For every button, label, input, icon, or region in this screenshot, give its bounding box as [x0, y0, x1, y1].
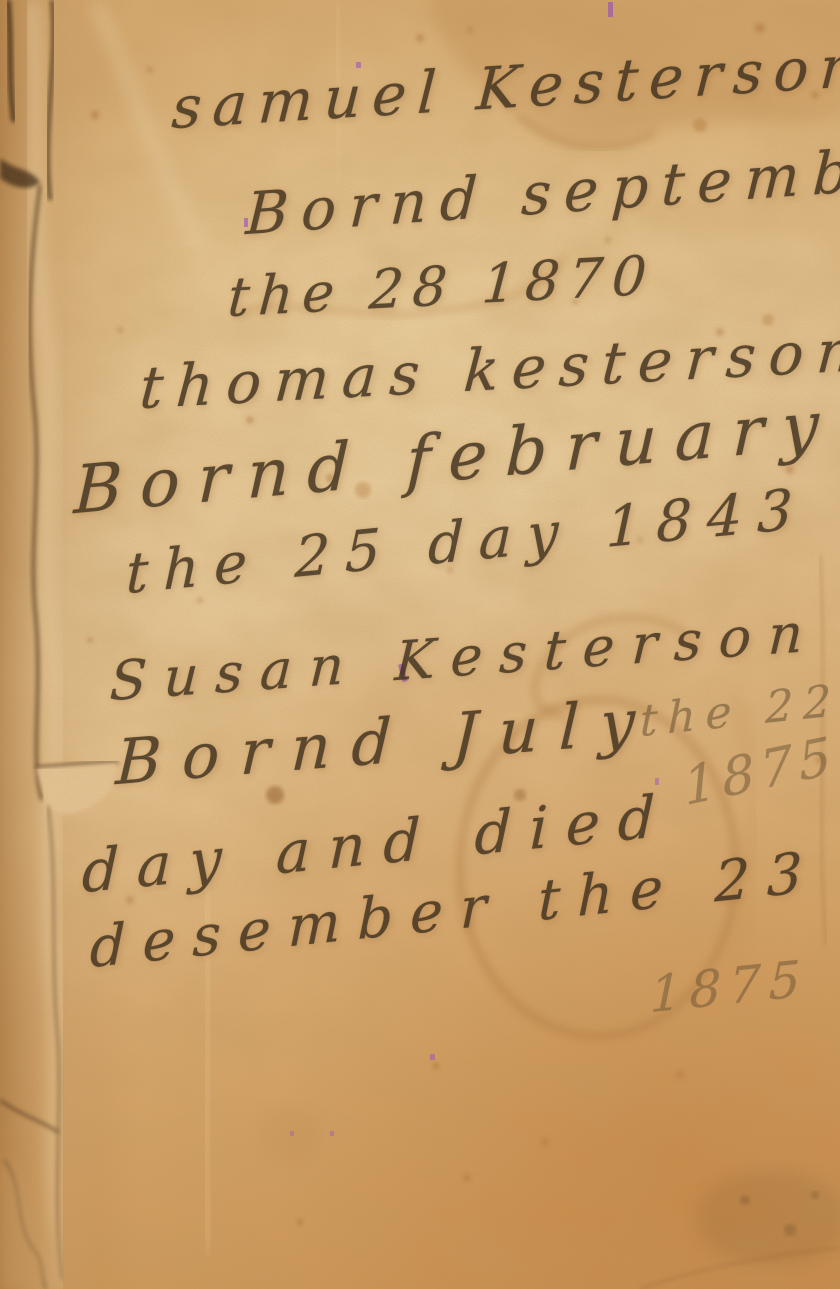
handwritten-line-born-september: Bornd september [244, 131, 840, 249]
aged-book-flyleaf-page: samuel Kesterson Bornd september the 28 … [0, 0, 840, 1289]
handwritten-note-1875-b: 1875 [649, 949, 808, 1024]
handwritten-line-name-samuel: samuel Kesterson [170, 31, 840, 142]
handwritten-line-date-1870: the 28 1870 [226, 243, 658, 329]
pencil-smudge [697, 1170, 840, 1266]
